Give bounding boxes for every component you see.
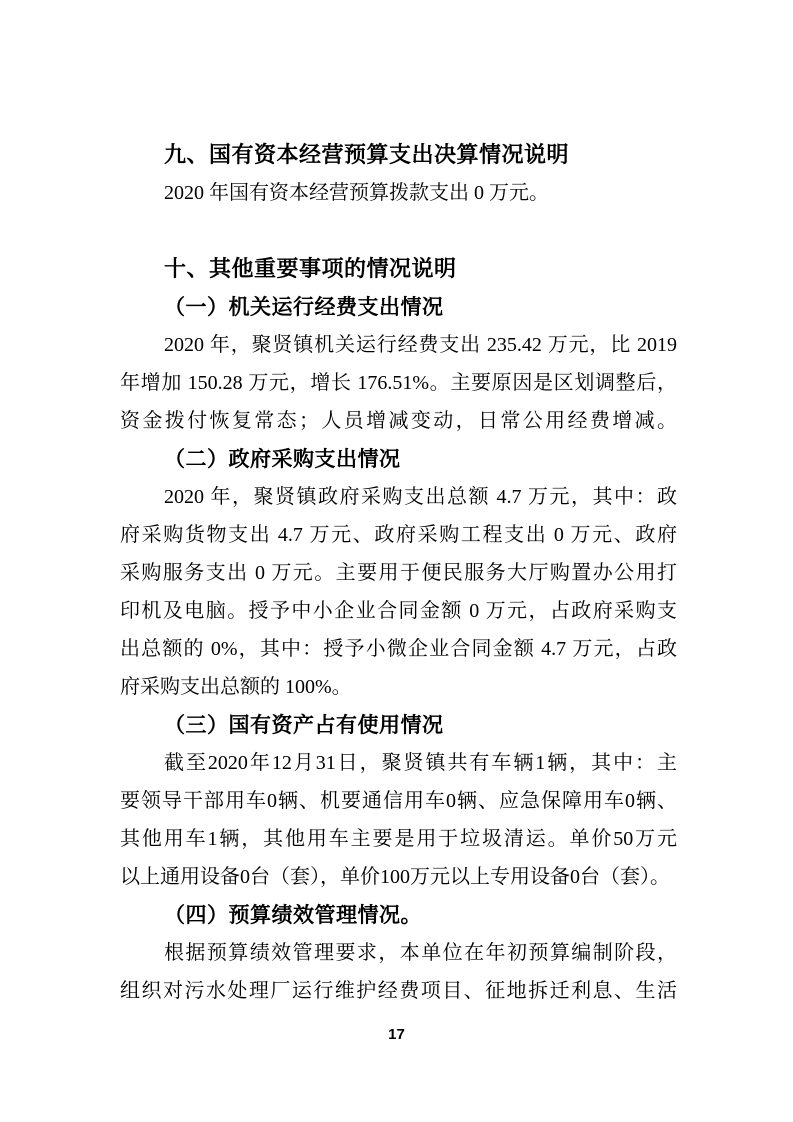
text-line: 要领导干部用车0辆、机要通信用车0辆、应急保障用车0辆、 (120, 782, 677, 820)
text-line: 截至2020年12月31日，聚贤镇共有车辆1辆，其中：主 (120, 744, 677, 782)
document-content: 九、国有资本经营预算支出决算情况说明2020 年国有资本经营预算拨款支出 0 万… (120, 136, 677, 1010)
section-heading: 九、国有资本经营预算支出决算情况说明 (120, 136, 677, 174)
text-line: 采购服务支出 0 万元。主要用于便民服务大厅购置办公用打 (120, 554, 677, 592)
text-line: 以上通用设备0台（套），单价100万元以上专用设备0台（套）。 (120, 858, 677, 896)
subsection-heading: （三）国有资产占有使用情况 (120, 706, 677, 744)
text-line: 府采购货物支出 4.7 万元、政府采购工程支出 0 万元、政府 (120, 516, 677, 554)
section-heading: 十、其他重要事项的情况说明 (120, 250, 677, 288)
text-line: 其他用车1辆，其他用车主要是用于垃圾清运。单价50万元 (120, 820, 677, 858)
text-line: 根据预算绩效管理要求，本单位在年初预算编制阶段， (120, 934, 677, 972)
subsection-heading: （二）政府采购支出情况 (120, 440, 677, 478)
page-number: 17 (0, 1026, 793, 1043)
blank-line (120, 212, 677, 250)
text-line: 印机及电脑。授予中小企业合同金额 0 万元，占政府采购支 (120, 592, 677, 630)
text-line: 出总额的 0%，其中：授予小微企业合同金额 4.7 万元，占政 (120, 630, 677, 668)
document-page: 九、国有资本经营预算支出决算情况说明2020 年国有资本经营预算拨款支出 0 万… (0, 0, 793, 1122)
text-line: 资金拨付恢复常态；人员增减变动，日常公用经费增减。 (120, 402, 677, 440)
text-line: 2020 年，聚贤镇政府采购支出总额 4.7 万元，其中：政 (120, 478, 677, 516)
text-line: 2020 年，聚贤镇机关运行经费支出 235.42 万元，比 2019 (120, 326, 677, 364)
subsection-heading: （一）机关运行经费支出情况 (120, 288, 677, 326)
text-line: 府采购支出总额的 100%。 (120, 668, 677, 706)
text-line: 年增加 150.28 万元，增长 176.51%。主要原因是区划调整后， (120, 364, 677, 402)
subsection-heading: （四）预算绩效管理情况。 (120, 896, 677, 934)
text-line: 2020 年国有资本经营预算拨款支出 0 万元。 (120, 174, 677, 212)
text-line: 组织对污水处理厂运行维护经费项目、征地拆迁利息、生活 (120, 972, 677, 1010)
